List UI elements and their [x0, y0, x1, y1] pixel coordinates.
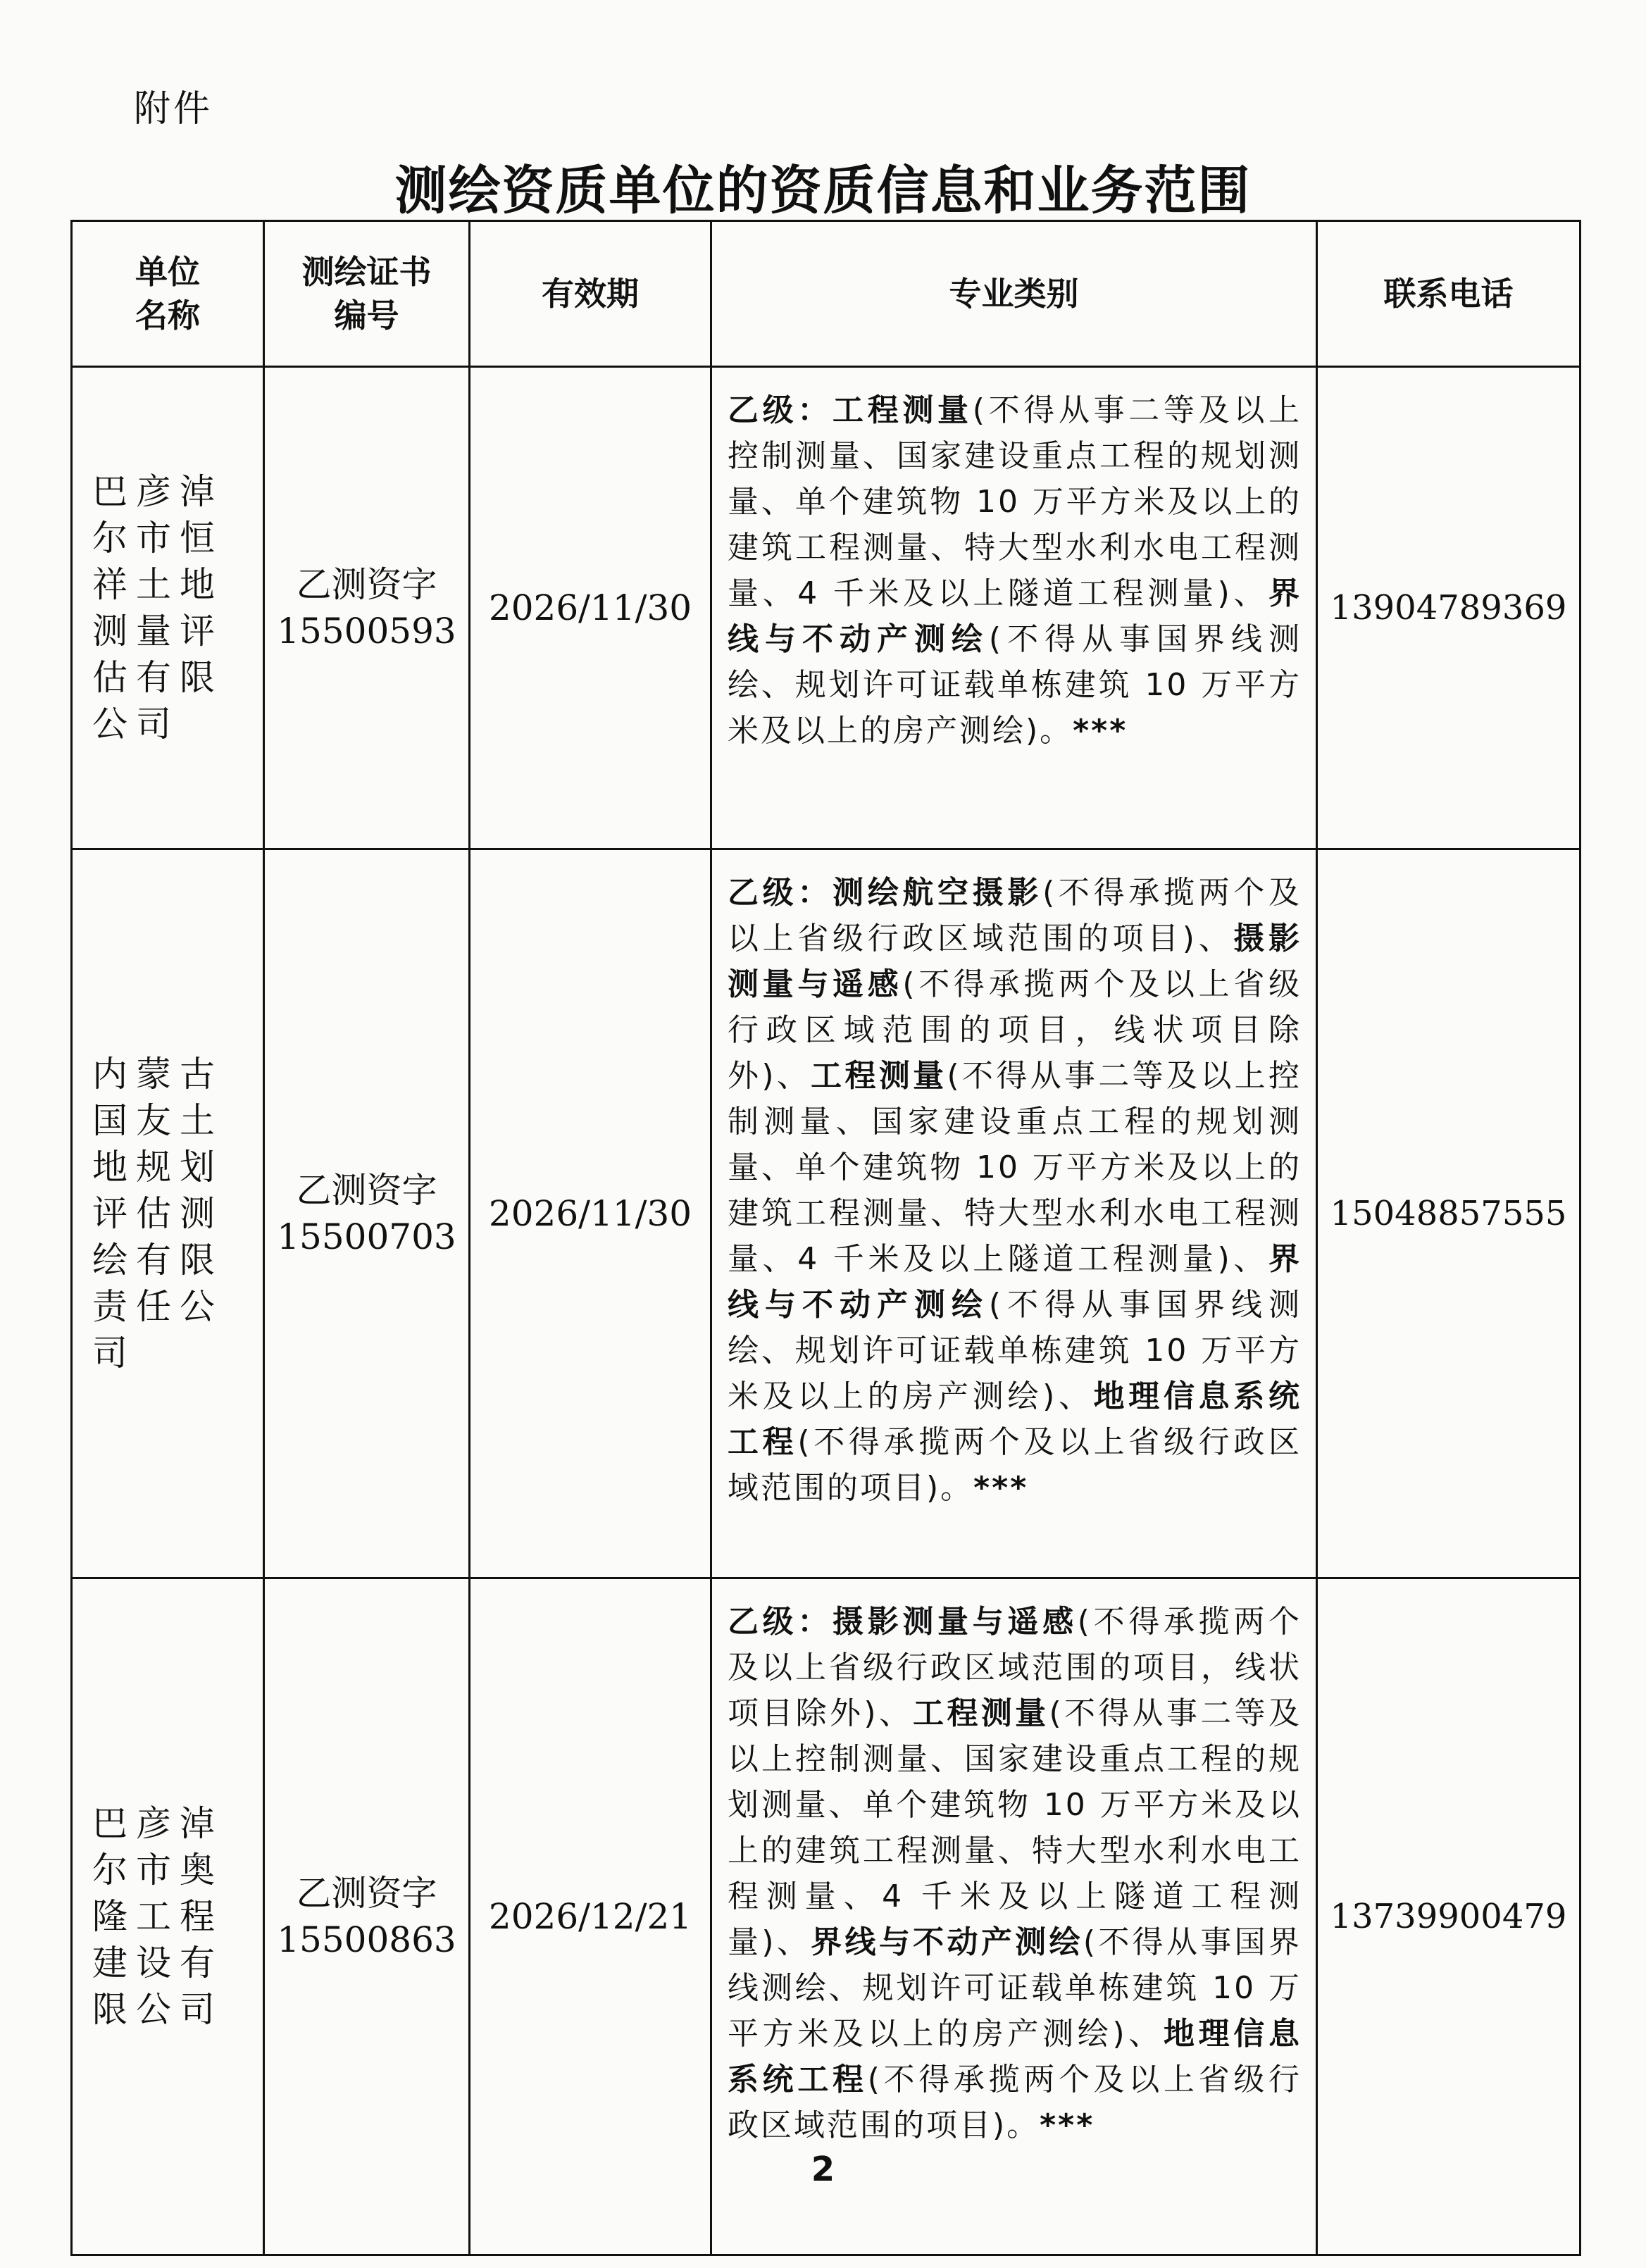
category-restriction: (不得从事二等及以上控制测量、国家建设重点工程的规划测量、单个建筑物 10 万平… [728, 1695, 1302, 1960]
cert-number: 15500863 [265, 1917, 468, 1963]
cert-number-cell: 乙测资字 15500593 [264, 367, 470, 849]
cert-number: 15500703 [265, 1214, 468, 1260]
category-term: 测绘航空摄影 [833, 875, 1042, 911]
category-term: *** [1073, 713, 1128, 749]
table-header-row: 单位名称 测绘证书编号 有效期 专业类别 联系电话 [72, 221, 1580, 367]
table-row: 巴彦淖尔市恒祥土地测量评估有限公司 乙测资字 15500593 2026/11/… [72, 367, 1580, 849]
category-term: 工程测量 [833, 392, 973, 428]
cert-prefix: 乙测资字 [265, 561, 468, 608]
category-term: 乙级： [728, 1604, 833, 1640]
header-cert-no: 测绘证书编号 [264, 221, 470, 367]
header-unit-name: 单位名称 [72, 221, 264, 367]
validity-cell: 2026/11/30 [470, 367, 711, 849]
category-cell: 乙级：工程测量(不得从事二等及以上控制测量、国家建设重点工程的规划测量、单个建筑… [711, 367, 1317, 849]
category-term: 工程测量 [811, 1058, 947, 1094]
header-phone: 联系电话 [1317, 221, 1580, 367]
phone-cell: 15048857555 [1317, 849, 1580, 1578]
validity-cell: 2026/11/30 [470, 849, 711, 1578]
header-validity: 有效期 [470, 221, 711, 367]
attachment-label: 附件 [134, 79, 213, 132]
page-number: 2 [0, 2150, 1646, 2189]
cert-prefix: 乙测资字 [265, 1870, 468, 1917]
unit-name-cell: 巴彦淖尔市恒祥土地测量评估有限公司 [72, 367, 264, 849]
cert-prefix: 乙测资字 [265, 1167, 468, 1214]
qualification-table: 单位名称 测绘证书编号 有效期 专业类别 联系电话 巴彦淖尔市恒祥土地测量评估有… [70, 220, 1581, 2256]
table-row: 内蒙古国友土地规划评估测绘有限责任公司 乙测资字 15500703 2026/1… [72, 849, 1580, 1578]
category-term: *** [973, 1470, 1028, 1506]
category-term: 界线与不动产测绘 [811, 1924, 1083, 1960]
category-term: 乙级： [728, 875, 833, 911]
category-cell: 乙级：测绘航空摄影(不得承揽两个及以上省级行政区域范围的项目)、摄影测量与遥感(… [711, 849, 1317, 1578]
cert-number-cell: 乙测资字 15500703 [264, 849, 470, 1578]
unit-name-cell: 内蒙古国友土地规划评估测绘有限责任公司 [72, 849, 264, 1578]
category-term: 摄影测量与遥感 [833, 1604, 1078, 1640]
category-term: 乙级： [728, 392, 833, 428]
cert-number: 15500593 [265, 608, 468, 654]
document-title: 测绘资质单位的资质信息和业务范围 [0, 149, 1646, 224]
category-term: 工程测量 [913, 1695, 1049, 1731]
phone-cell: 13904789369 [1317, 367, 1580, 849]
header-category: 专业类别 [711, 221, 1317, 367]
category-term: *** [1040, 2107, 1095, 2143]
